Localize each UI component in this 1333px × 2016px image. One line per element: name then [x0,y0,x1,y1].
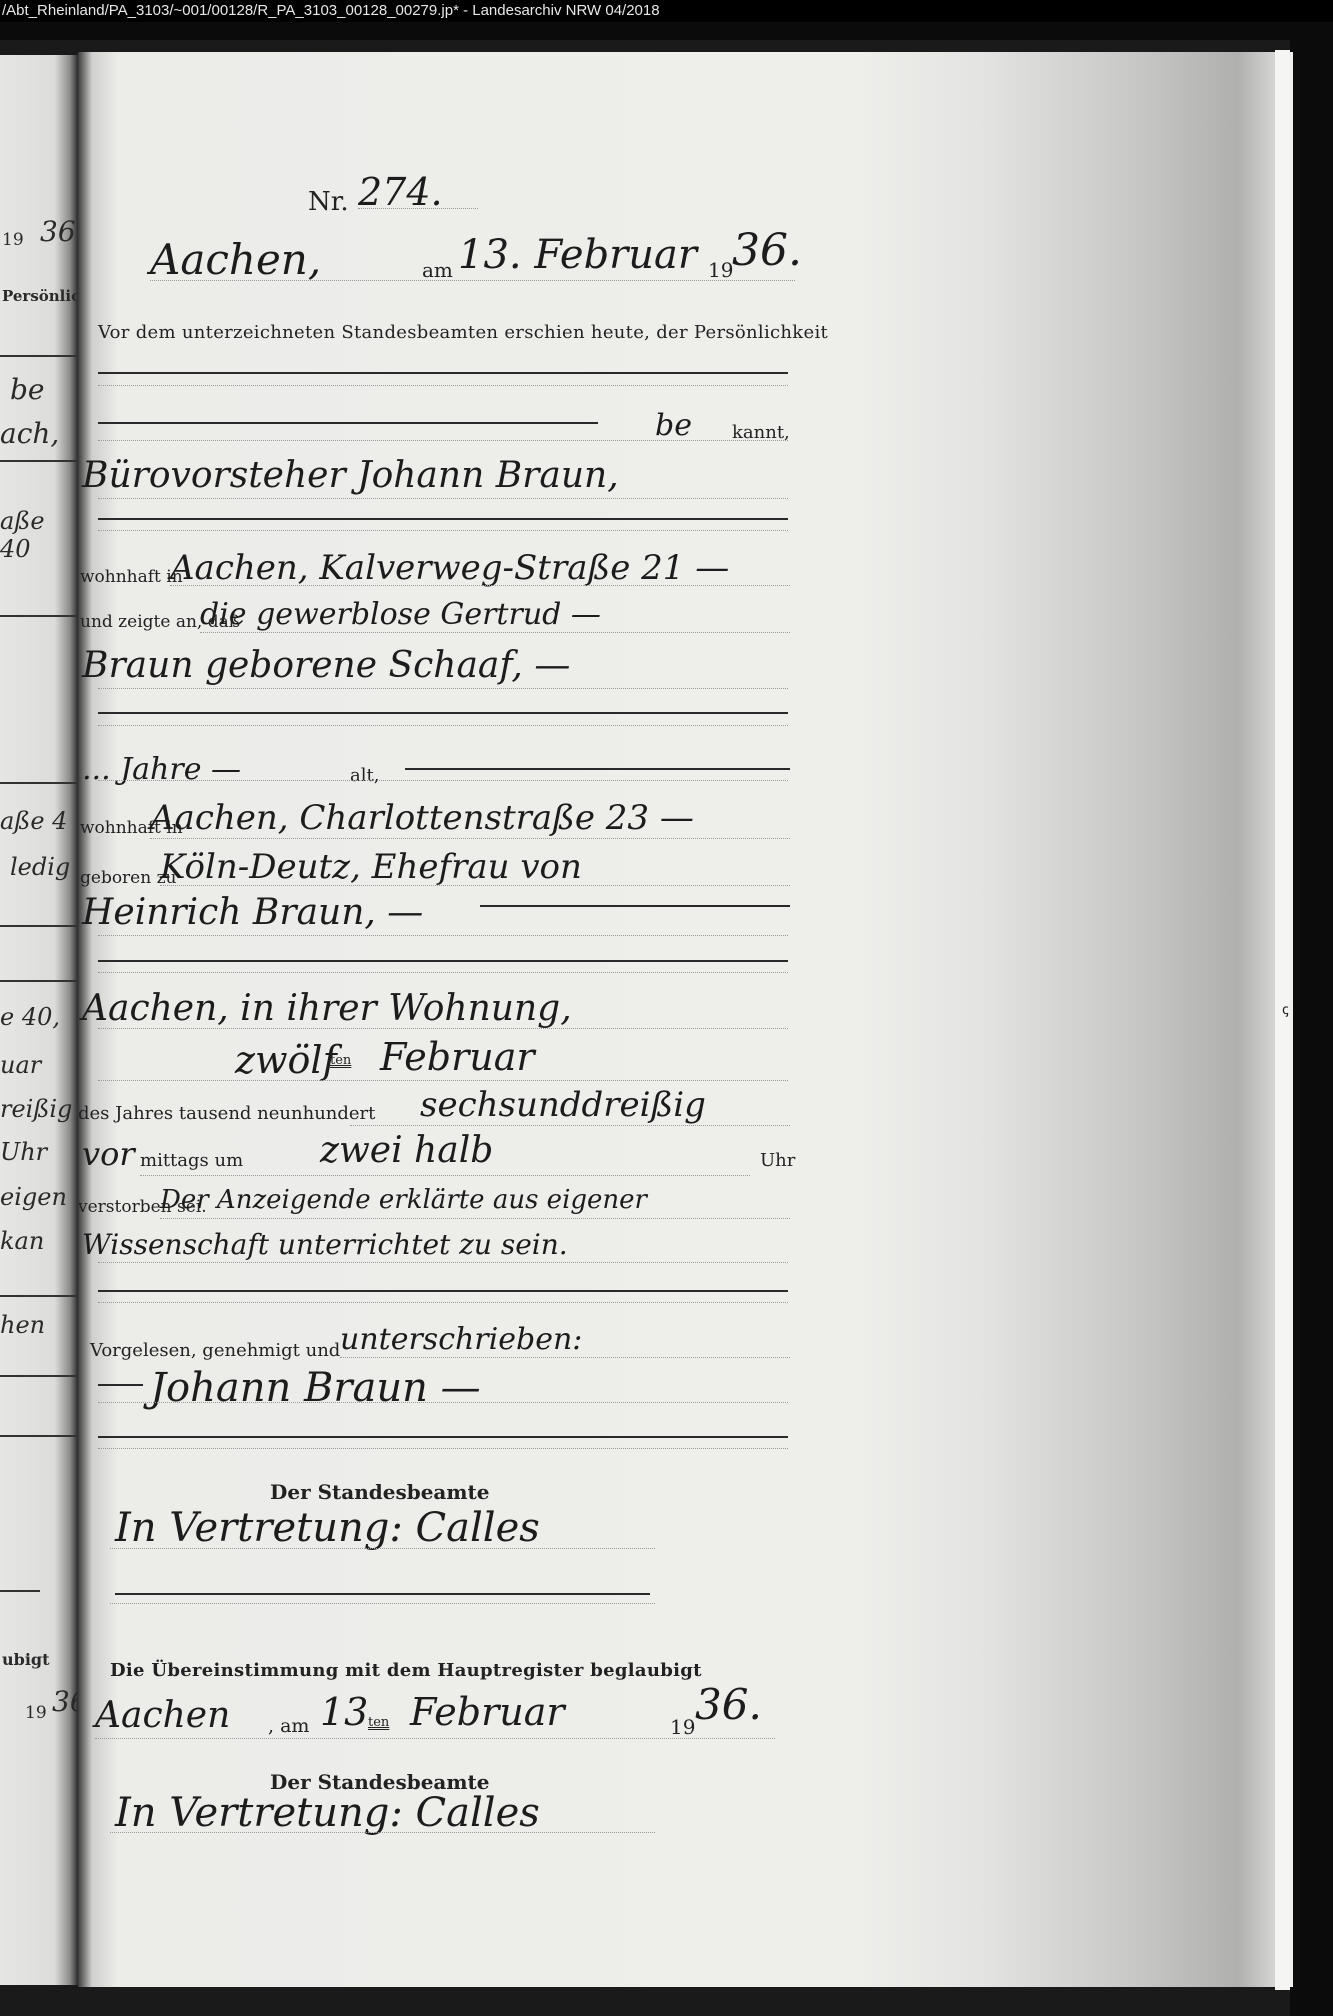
page-edge [1275,50,1290,1990]
dotted-line [98,498,788,499]
dotted-line [95,1738,775,1739]
deceased-line-2: Braun geborene Schaaf, — [82,645,570,686]
form-rule [98,372,788,374]
window-title: /Abt_Rheinland/PA_3103/~001/00128/R_PA_3… [2,2,660,19]
form-rule [98,422,598,424]
dotted-line [200,632,790,633]
deceased-address: Aachen, Charlottenstraße 23 — [150,798,694,838]
dotted-line [340,1357,790,1358]
left-year2-prefix: 19 [25,1703,47,1723]
left-rule [0,925,78,927]
form-rule [480,905,790,907]
window-title-bar: /Abt_Rheinland/PA_3103/~001/00128/R_PA_3… [0,0,1333,22]
mittags-label: mittags um [140,1150,243,1171]
certification-year-suffix: 36. [695,1680,762,1729]
left-fragment: hen [0,1311,45,1339]
dotted-line [110,1603,655,1604]
left-fragment: Uhr [0,1138,47,1166]
left-rule [0,1590,40,1592]
deceased-age: ... Jahre — [82,752,241,787]
left-rule [0,1435,78,1437]
dotted-line [110,1548,655,1549]
left-fragment: e 40, [0,1003,60,1031]
certification-day: 13 [320,1690,368,1734]
deceased-birthplace: Köln-Deutz, Ehefrau von [160,847,582,887]
left-rule [0,782,78,784]
dotted-line [98,1080,788,1081]
certification-am-label: , am [268,1715,309,1737]
dotted-line [358,208,478,209]
left-rule [0,1375,78,1377]
dotted-line [98,385,788,386]
dotted-line [98,780,788,781]
bekannt-handwritten: be [655,408,692,443]
informant-address: Aachen, Kalverweg-Straße 21 — [170,548,729,588]
ten-suffix: ten [330,1053,351,1068]
left-rule [0,1295,78,1297]
death-time: zwei halb [320,1130,493,1171]
deceased-line-1: die gewerblose Gertrud — [200,597,601,632]
left-fragment: uar [0,1051,41,1079]
dotted-line [98,935,788,936]
margin-mark: ꞔ [1282,1000,1289,1019]
dotted-line [350,1125,790,1126]
dotted-line [98,530,788,531]
form-rule [98,712,788,714]
left-name-fragment: ach, [0,417,59,450]
dotted-line [98,972,788,973]
certification-place: Aachen [95,1695,230,1736]
left-beglaubigt: ubigt [2,1650,49,1669]
left-rule [0,615,78,617]
alt-label: alt, [350,765,379,786]
unterschrieben-handwritten: unterschrieben: [340,1322,582,1357]
dotted-line [98,688,788,689]
left-persoenlichkeit: Persönlichkeit [2,287,78,305]
spouse-name: Heinrich Braun, — [82,892,423,933]
certificate-number-label: Nr. [308,187,349,217]
dotted-line [98,440,788,441]
standesbeamte-label: Der Standesbeamte [270,1480,490,1504]
dotted-line [160,1218,790,1219]
dotted-line [150,838,790,839]
form-rule [115,1593,650,1595]
left-fragment: eigen [0,1183,67,1211]
remark-line-2: Wissenschaft unterrichtet zu sein. [82,1228,568,1261]
informant-signature: Johann Braun — [150,1365,481,1411]
dotted-line [98,1262,788,1263]
vor-handwritten: vor [82,1135,135,1173]
year-suffix: 36. [732,225,802,276]
dotted-line [98,1448,788,1449]
dotted-line [150,280,795,281]
dotted-line [98,1402,788,1403]
certification-month: Februar [410,1690,565,1734]
left-fragment: kan [0,1227,44,1255]
left-page: 19 36 Persönlichkeit be ach, aße 40 aße … [0,55,78,1985]
dotted-line [98,1028,788,1029]
official-signature: In Vertretung: Calles [115,1505,540,1551]
left-year-suffix: 36 [40,215,76,248]
form-rule [98,1290,788,1292]
informant-name: Bürovorsteher Johann Braun, [82,455,619,496]
form-rule [98,1384,143,1386]
form-rule [98,1436,788,1438]
left-street-fragment: aße 40 [0,507,78,563]
form-rule [405,768,790,770]
death-year-words: sechsunddreißig [420,1085,706,1125]
left-rule [0,355,78,357]
death-month: Februar [380,1035,535,1079]
dotted-line [160,885,790,886]
year-prefix: 19 [708,258,733,282]
form-rule [98,518,788,520]
remark-line-1: Der Anzeigende erklärte aus eigener [160,1185,647,1215]
left-fragment: reißig [0,1095,72,1123]
dotted-line [170,585,790,586]
dotted-line [98,725,788,726]
left-fragment: aße 4 [0,807,67,835]
jahres-label: des Jahres tausend neunhundert [78,1103,375,1124]
left-rule [0,980,78,982]
place-of-death: Aachen, in ihrer Wohnung, [82,988,572,1029]
registration-date: 13. Februar [458,232,697,278]
death-day: zwölf [235,1038,337,1082]
left-year-prefix: 19 [2,230,24,250]
certification-year-prefix: 19 [670,1715,695,1739]
left-bekannt: be [10,373,45,406]
left-year2-suffix: 36 [52,1685,78,1718]
beglaubigt-text: Die Übereinstimmung mit dem Hauptregiste… [110,1660,702,1681]
certification-ten-suffix: ten [368,1715,389,1730]
form-rule [98,960,788,962]
registration-place: Aachen, [150,235,321,284]
dotted-line [110,1832,655,1833]
uhr-label: Uhr [760,1150,795,1171]
official-signature-2: In Vertretung: Calles [115,1790,540,1836]
left-rule [0,460,78,462]
vorgelesen-label: Vorgelesen, genehmigt und [90,1340,340,1361]
intro-text: Vor dem unterzeichneten Standesbeamten e… [98,322,828,343]
date-connector: am [422,258,453,282]
left-fragment: ledig [10,853,70,881]
dotted-line [98,1302,788,1303]
dotted-line [140,1175,750,1176]
wohnhaft-label: wohnhaft in [80,567,183,587]
